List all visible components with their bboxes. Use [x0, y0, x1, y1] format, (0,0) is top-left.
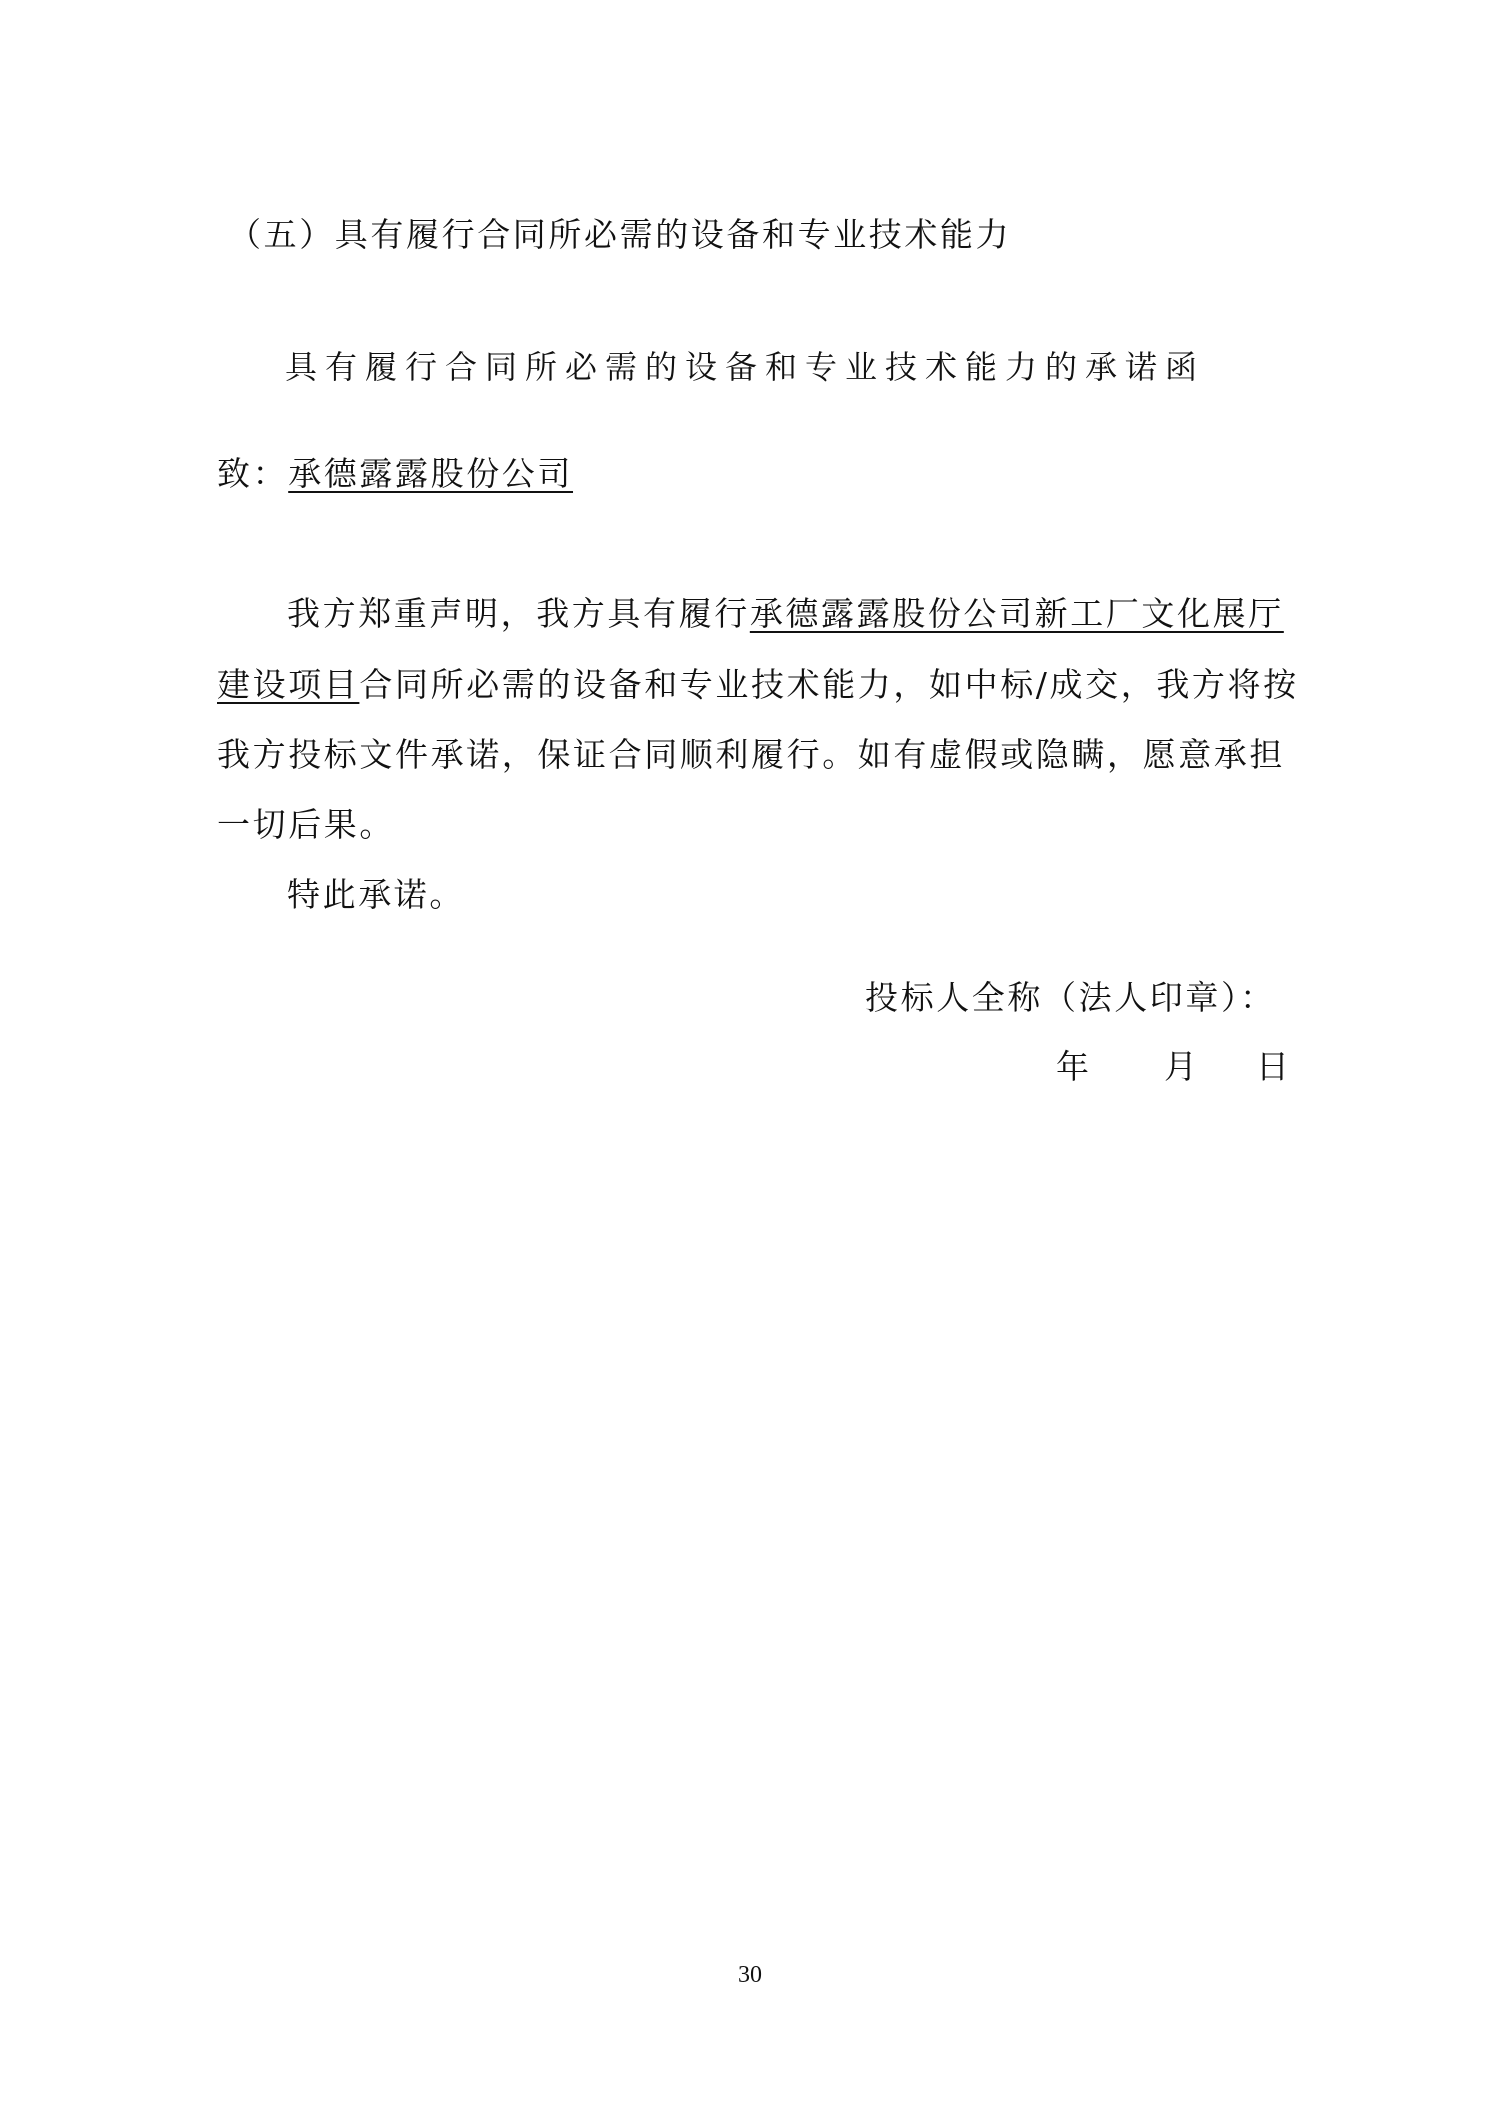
page-number: 30 [0, 1960, 1500, 1990]
body-line-1: 我方郑重声明，我方具有履行承德露露股份公司新工厂文化展厅 [287, 594, 1284, 634]
addressee-line: 致：承德露露股份公司 [217, 454, 573, 494]
date-year-label: 年 [1056, 1047, 1092, 1087]
project-name-part-2: 建设项目 [217, 665, 359, 704]
addressee-prefix: 致： [217, 454, 288, 493]
date-month-label: 月 [1164, 1047, 1200, 1087]
closing-statement: 特此承诺。 [287, 875, 465, 915]
document-page: （五）具有履行合同所必需的设备和专业技术能力 具有履行合同所必需的设备和专业技术… [0, 0, 1500, 2121]
body-text: 合同所必需的设备和专业技术能力，如中标/成交，我方将按 [359, 665, 1298, 704]
body-text: 我方郑重声明，我方具有履行 [287, 594, 750, 633]
addressee-name: 承德露露股份公司 [288, 454, 573, 493]
bidder-signature-label: 投标人全称（法人印章）： [865, 978, 1276, 1018]
section-heading: （五）具有履行合同所必需的设备和专业技术能力 [228, 215, 1011, 255]
body-line-3: 我方投标文件承诺，保证合同顺利履行。如有虚假或隐瞒，愿意承担 [217, 735, 1285, 775]
body-line-2: 建设项目合同所必需的设备和专业技术能力，如中标/成交，我方将按 [217, 665, 1299, 705]
date-line: 年 月 日 [1056, 1047, 1286, 1087]
document-title: 具有履行合同所必需的设备和专业技术能力的承诺函 [285, 347, 1205, 387]
date-day-label: 日 [1256, 1047, 1292, 1087]
project-name-part-1: 承德露露股份公司新工厂文化展厅 [750, 594, 1284, 633]
body-line-4: 一切后果。 [217, 805, 395, 845]
